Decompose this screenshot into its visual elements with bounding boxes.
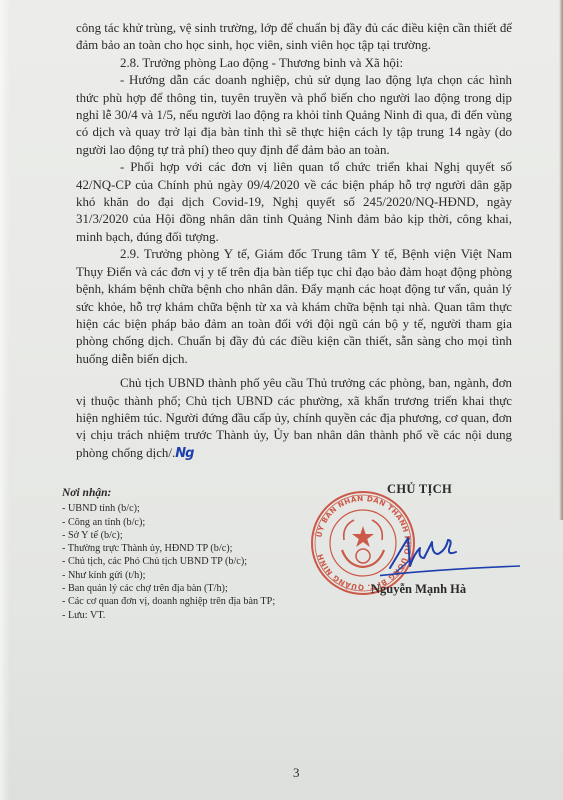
recipient-item: - Sở Y tế (b/c);: [62, 529, 322, 542]
closing-text: Chủ tịch UBND thành phố yêu cầu Thủ trưở…: [76, 376, 512, 460]
recipient-item: - Công an tỉnh (b/c);: [62, 516, 322, 529]
page-edge-shadow: [559, 0, 563, 520]
recipients-list: - UBND tỉnh (b/c); - Công an tỉnh (b/c);…: [62, 502, 322, 622]
paragraph-continuation: công tác khử trùng, vệ sinh trường, lớp …: [76, 20, 512, 55]
recipient-item: - Thường trực Thành ủy, HĐND TP (b/c);: [62, 542, 322, 555]
recipient-item: - Lưu: VT.: [62, 609, 322, 622]
recipient-item: - UBND tỉnh (b/c);: [62, 502, 322, 515]
section-2-8-item-1: - Hướng dẫn các doanh nghiệp, chủ sử dụn…: [76, 72, 512, 159]
section-2-8-item-2: - Phối hợp với các đơn vị liên quan tổ c…: [76, 159, 512, 246]
recipients-block: Nơi nhận: - UBND tỉnh (b/c); - Công an t…: [62, 487, 322, 622]
document-page: công tác khử trùng, vệ sinh trường, lớp …: [0, 0, 563, 800]
section-2-8-heading: 2.8. Trưởng phòng Lao động - Thương binh…: [76, 55, 512, 72]
signer-name: Nguyễn Mạnh Hà: [371, 582, 466, 597]
recipient-item: - Chủ tịch, các Phó Chủ tịch UBND TP (b/…: [62, 555, 322, 568]
handwritten-initial-mark: Ng: [175, 446, 193, 461]
section-2-9: 2.9. Trưởng phòng Y tế, Giám đốc Trung t…: [76, 246, 512, 368]
recipient-item: - Các cơ quan đơn vị, doanh nghiệp trên …: [62, 595, 322, 608]
closing-paragraph: Chủ tịch UBND thành phố yêu cầu Thủ trưở…: [76, 375, 512, 462]
page-edge-highlight: [0, 0, 10, 800]
recipients-title: Nơi nhận:: [62, 487, 322, 500]
recipient-item: - Ban quản lý các chợ trên địa bàn (T/h)…: [62, 582, 322, 595]
page-number: 3: [293, 765, 300, 781]
document-body: công tác khử trùng, vệ sinh trường, lớp …: [76, 20, 512, 462]
handwritten-signature-icon: [380, 530, 520, 580]
signer-title: CHỦ TỊCH: [387, 482, 452, 497]
recipient-item: - Như kính gửi (t/h);: [62, 569, 322, 582]
